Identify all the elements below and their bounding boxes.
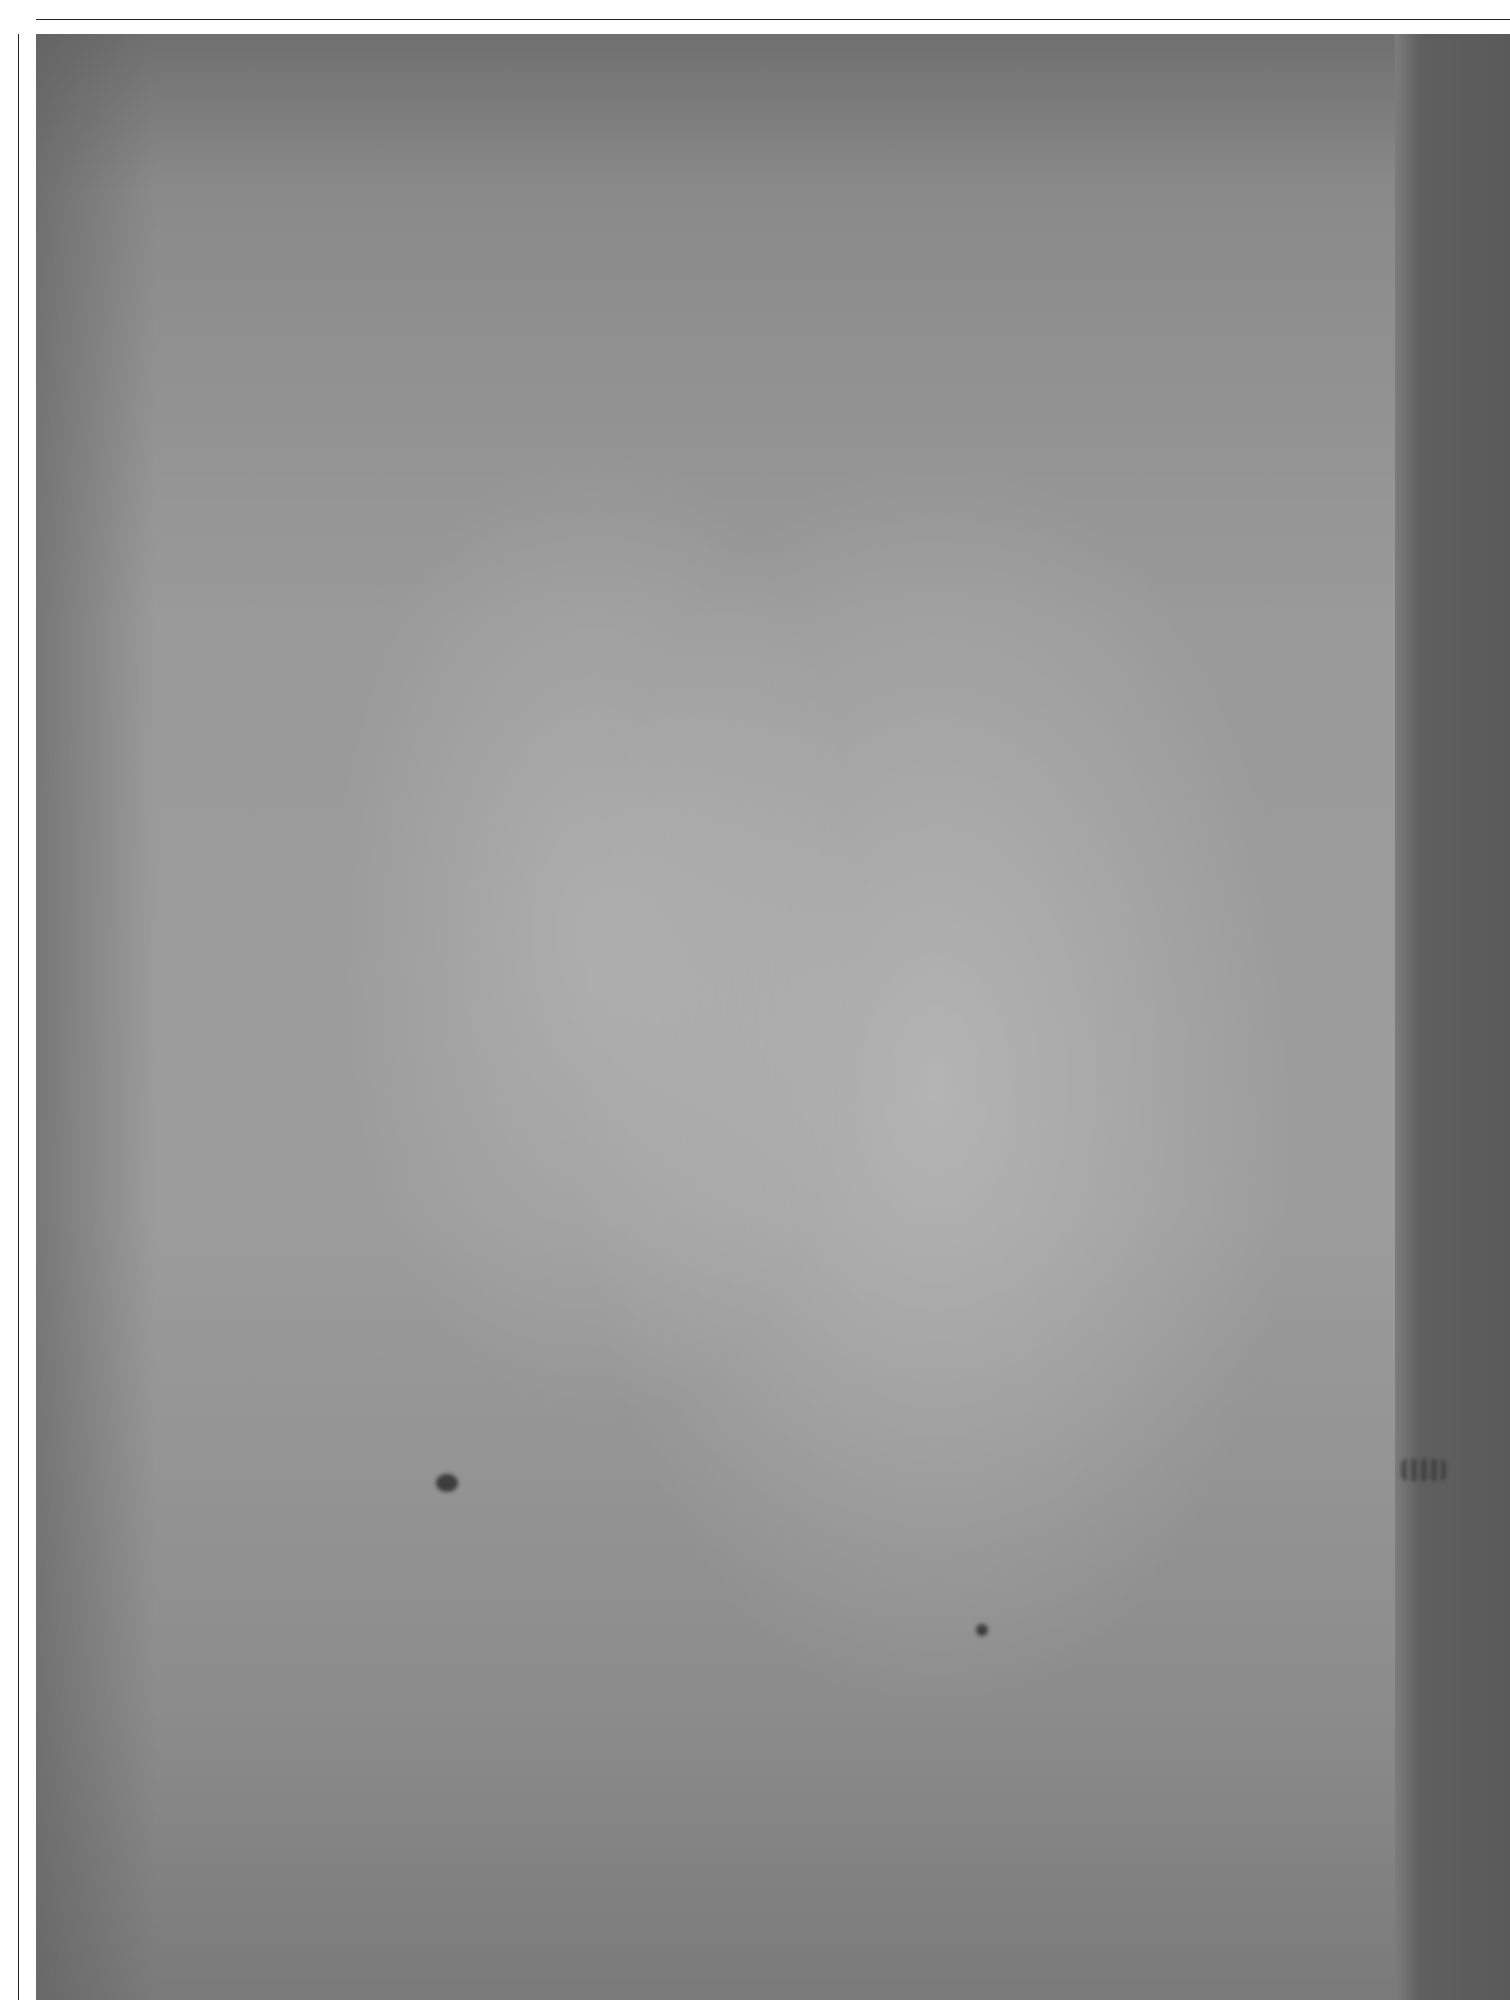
ink-blot (976, 1624, 988, 1636)
manuscript-scan (36, 34, 1510, 2000)
page-edge-shadow (1395, 34, 1510, 2000)
horizontal-ruler (18, 19, 1510, 34)
ink-blot (436, 1474, 458, 1492)
vertical-ruler (18, 19, 35, 2000)
margin-annotation (1401, 1459, 1446, 1481)
scan-edge-shading (36, 34, 156, 2000)
ruler-corner (18, 19, 36, 34)
